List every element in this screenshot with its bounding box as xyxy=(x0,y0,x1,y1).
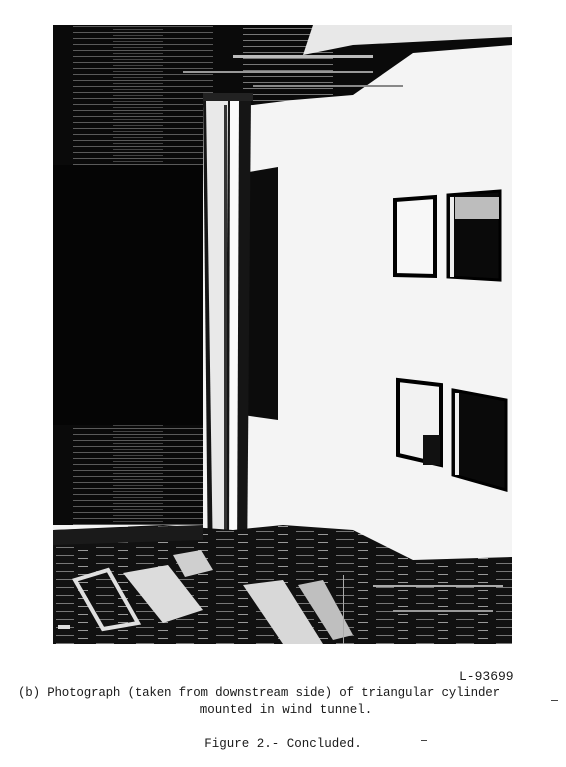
margin-mark xyxy=(551,700,558,701)
figure-label: Figure 2.- Concluded. xyxy=(0,737,566,751)
subcaption-line-1: (b) Photograph (taken from downstream si… xyxy=(18,686,500,700)
wind-tunnel-photograph xyxy=(53,25,512,644)
margin-mark xyxy=(421,740,427,741)
photo-id-label: L-93699 xyxy=(459,669,514,684)
subcaption-line-2: mounted in wind tunnel. xyxy=(0,703,566,717)
